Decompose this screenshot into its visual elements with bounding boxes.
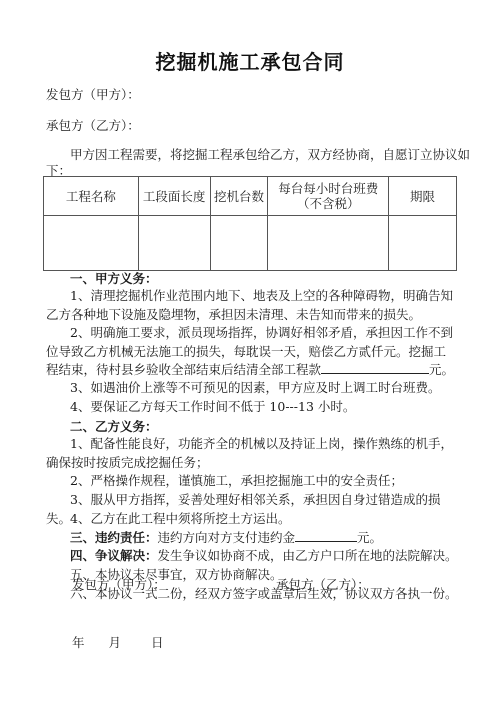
project-table: 工程名称 工段面长度 挖机台数 每台每小时台班费 （不含税） 期限	[43, 176, 457, 271]
section-3: 三、违约责任：违约方向对方支付违约金元。	[70, 529, 382, 546]
section-2-item-4: 4、乙方在此工程中须将所挖土方运出。	[46, 510, 458, 529]
section-1-item-4: 4、要保证乙方每天工作时间不低于 10---13 小时。	[46, 398, 458, 417]
section-1-item-3: 3、如遇油价上涨等不可预见的因素，甲方应及时上调工时台班费。	[46, 379, 458, 398]
cell-section-length[interactable]	[138, 216, 210, 271]
hourly-fee-label: 每台每小时台班费	[268, 181, 388, 196]
section-3-heading: 三、违约责任：	[70, 530, 158, 545]
col-header-hourly-fee: 每台每小时台班费 （不含税）	[268, 177, 389, 216]
section-1-item-1: 1、清理挖掘机作业范围内地下、地表及上空的各种障碍物，明确告知乙方各种地下设施及…	[46, 287, 458, 324]
intro-paragraph: 甲方因工程需要，将挖掘工程承包给乙方，双方经协商，自愿订立协议如	[70, 147, 470, 163]
party-b-label: 承包方（乙方）：	[46, 118, 140, 134]
section-3-text: 违约方向对方支付违约金	[158, 530, 296, 545]
cell-project-name[interactable]	[44, 216, 139, 271]
party-a-label: 发包方（甲方）：	[46, 87, 140, 103]
date-year: 年	[72, 633, 85, 651]
section-2-item-2: 2、严格操作规程，谨慎施工，承担挖掘施工中的安全责任；	[46, 472, 458, 491]
col-header-section-length: 工段面长度	[138, 177, 210, 216]
cell-period[interactable]	[389, 216, 457, 271]
section-4: 四、争议解决：发生争议如协商不成，由乙方户口所在地的法院解决。	[70, 548, 458, 564]
section-1-item-2-suffix: 元。	[429, 362, 454, 377]
section-1-item-2: 2、明确施工要求，派员现场指挥，协调好相邻矛盾，承担因工作不到位导致乙方机械无法…	[46, 324, 458, 380]
table-header-row: 工程名称 工段面长度 挖机台数 每台每小时台班费 （不含税） 期限	[44, 177, 457, 216]
payment-amount-blank[interactable]	[321, 361, 429, 374]
section-4-heading: 四、争议解决：	[70, 548, 158, 563]
signature-party-a: 发包方（甲方）：	[72, 575, 166, 593]
cell-hourly-fee[interactable]	[268, 216, 389, 271]
signature-date: 年 月 日	[72, 633, 163, 651]
date-day: 日	[151, 633, 164, 651]
signature-party-b: 承包方（乙方）：	[276, 575, 370, 593]
document-title: 挖掘机施工承包合同	[0, 46, 500, 75]
cell-excavator-count[interactable]	[210, 216, 268, 271]
section-4-text: 发生争议如协商不成，由乙方户口所在地的法院解决。	[158, 548, 458, 563]
section-1-heading: 一、甲方义务：	[70, 271, 158, 287]
table-row	[44, 216, 457, 271]
penalty-amount-blank[interactable]	[295, 529, 357, 542]
date-month: 月	[108, 633, 121, 651]
col-header-project-name: 工程名称	[44, 177, 139, 216]
col-header-period: 期限	[389, 177, 457, 216]
col-header-excavator-count: 挖机台数	[210, 177, 268, 216]
section-3-suffix: 元。	[357, 530, 382, 545]
section-2-heading: 二、乙方义务：	[70, 419, 158, 435]
hourly-fee-sublabel: （不含税）	[268, 196, 388, 211]
section-2-item-1: 1、配备性能良好，功能齐全的机械以及持证上岗，操作熟练的机手，确保按时按质完成挖…	[46, 435, 458, 472]
